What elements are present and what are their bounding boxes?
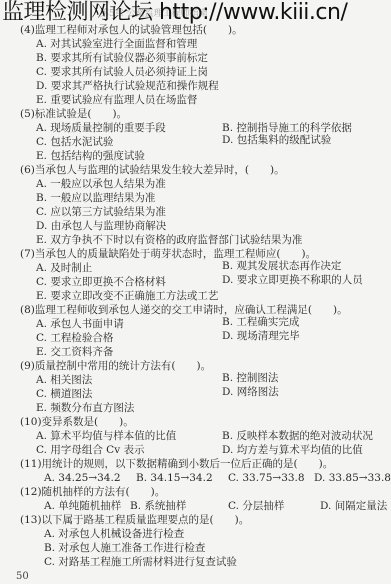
option: C. 工程检验合格 xyxy=(36,332,113,344)
option: C. 包括水泥试验 xyxy=(36,136,113,148)
option: E. 双方争执不下时以有资格的政府监督部门试验结果为准 xyxy=(36,234,302,246)
question-stem: (8)监理工程师收到承包人递交的交工申请时，应确认工程满足( )。 xyxy=(20,304,348,316)
option: D. 均方差与算术平均值的比值 xyxy=(222,444,363,456)
option: B. 控制图法 xyxy=(222,372,278,384)
question-stem: (12)随机抽样的方法有( )。 xyxy=(20,486,165,498)
option: A. 现场质量控制的重要手段 xyxy=(36,122,166,134)
question-stem: (4)监理工程师对承包人的试验管理包括( )。 xyxy=(20,24,243,36)
option: E. 重要试验应有监理人员在场监督 xyxy=(36,94,197,106)
option: D. 要求其严格执行试验规范和操作规程 xyxy=(36,80,219,92)
option: C. 用字母组合 Cv 表示 xyxy=(36,444,144,456)
option: A. 及时制止 xyxy=(36,262,92,274)
question-stem: (5)标准试验是( )。 xyxy=(20,108,127,120)
option: C. 要求其所有试验人员必须持证上岗 xyxy=(36,66,208,78)
option: A. 对承包人机械设备进行检查 xyxy=(44,528,184,540)
question-stem: (9)质量控制中常用的统计方法有( )。 xyxy=(20,360,211,372)
option: D. 33.85→33.8 xyxy=(314,472,391,484)
option: E. 交工资料齐备 xyxy=(36,346,113,358)
option: A. 单纯随机抽样 xyxy=(44,500,121,512)
option: D. 间隔定量法 xyxy=(320,500,387,512)
option: E. 要求立即改变不正确施工方法或工艺 xyxy=(36,290,218,302)
option: D. 网络图法 xyxy=(222,386,279,398)
option: C. 对路基工程施工所需材料进行复查试验 xyxy=(44,556,237,568)
question-stem: (11)用统计的规则，以下数据精确到小数后一位后正确的是( )。 xyxy=(20,458,333,470)
option: C. 要求立即更换不合格材料 xyxy=(36,276,166,288)
option: D. 包括集料的级配试验 xyxy=(222,134,331,146)
option: B. 工程确实完成 xyxy=(222,316,299,328)
question-stem: (7)当承包人的质量缺陷处于萌芽状态时，监理工程师应( )。 xyxy=(20,248,316,260)
page-number: 50 xyxy=(16,571,29,582)
option: B. 反映样本数据的绝对波动状况 xyxy=(222,430,373,442)
option: C. 33.75→33.8 xyxy=(228,472,305,484)
option: A. 算术平均值与样本值的比值 xyxy=(36,430,176,442)
site-watermark: 监理检测网论坛 http://www.kiii.cn/ xyxy=(2,2,347,24)
option: B. 对承包人施工准备工作进行检查 xyxy=(44,542,205,554)
option: C. 分层抽样 xyxy=(228,500,284,512)
option: B. 要求其所有试验仪器必须事前标定 xyxy=(36,52,208,64)
option: B. 系统抽样 xyxy=(130,500,186,512)
question-stem: (10)变异系数是( )。 xyxy=(20,416,134,428)
option: D. 要求立即更换不称职的人员 xyxy=(222,274,363,286)
option: E. 频数分布直方图法 xyxy=(36,402,134,414)
option: C. 应以第三方试验结果为准 xyxy=(36,206,166,218)
question-stem: (6)当承包人与监理的试验结果发生较大差异时，( )。 xyxy=(20,164,285,176)
option: A. 相关图法 xyxy=(36,374,92,386)
option: A. 34.25→34.2 xyxy=(44,472,121,484)
option: A. 一般应以承包人结果为准 xyxy=(36,178,166,190)
option: B. 观其发展状态再作决定 xyxy=(222,260,341,272)
option: B. 34.15→34.2 xyxy=(136,472,213,484)
option: A. 承包人书面申请 xyxy=(36,318,124,330)
option: E. 包括结构的强度试验 xyxy=(36,150,145,162)
option: A. 对其试验室进行全面监督和管理 xyxy=(36,38,197,50)
option: D. 现场清理完毕 xyxy=(222,330,300,342)
question-stem: (13)以下属于路基工程质量监理要点的是( )。 xyxy=(20,514,249,526)
option: D. 由承包人与监理协商解决 xyxy=(36,220,166,232)
option: B. 控制指导施工的科学依据 xyxy=(222,122,352,134)
option: C. 横道图法 xyxy=(36,388,92,400)
option: B. 一般应以监理结果为准 xyxy=(36,192,155,204)
